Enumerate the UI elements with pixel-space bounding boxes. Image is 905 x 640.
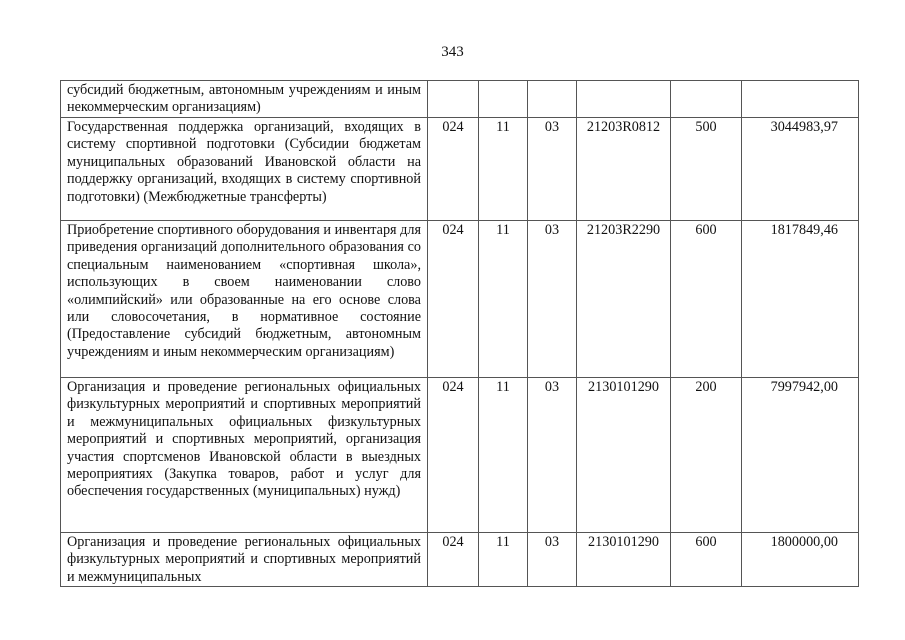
subsection-cell: 03 <box>528 118 577 221</box>
section-cell: 11 <box>479 221 528 378</box>
amount-cell: 1817849,46 <box>742 221 859 378</box>
expense-type-cell: 500 <box>671 118 742 221</box>
table-row: Государственная поддержка организаций, в… <box>61 118 859 221</box>
table-row: Организация и проведение региональных оф… <box>61 378 859 533</box>
table-row: Организация и проведение региональных оф… <box>61 533 859 587</box>
amount-cell <box>742 81 859 118</box>
section-cell: 11 <box>479 378 528 533</box>
table-row: субсидий бюджетным, автономным учреждени… <box>61 81 859 118</box>
amount-cell: 7997942,00 <box>742 378 859 533</box>
subsection-cell: 03 <box>528 533 577 587</box>
page-number: 343 <box>0 44 905 61</box>
section-cell <box>479 81 528 118</box>
target-article-cell: 21203R0812 <box>577 118 671 221</box>
amount-cell: 3044983,97 <box>742 118 859 221</box>
description-cell: Организация и проведение региональных оф… <box>61 378 428 533</box>
expense-type-cell: 600 <box>671 221 742 378</box>
description-cell: Приобретение спортивного оборудования и … <box>61 221 428 378</box>
ministry-cell: 024 <box>428 533 479 587</box>
section-cell: 11 <box>479 118 528 221</box>
ministry-cell: 024 <box>428 378 479 533</box>
ministry-cell: 024 <box>428 118 479 221</box>
ministry-cell: 024 <box>428 221 479 378</box>
expense-type-cell: 600 <box>671 533 742 587</box>
budget-table: субсидий бюджетным, автономным учреждени… <box>60 80 859 587</box>
subsection-cell: 03 <box>528 221 577 378</box>
subsection-cell: 03 <box>528 378 577 533</box>
table-row: Приобретение спортивного оборудования и … <box>61 221 859 378</box>
subsection-cell <box>528 81 577 118</box>
target-article-cell: 2130101290 <box>577 533 671 587</box>
target-article-cell: 21203R2290 <box>577 221 671 378</box>
expense-type-cell: 200 <box>671 378 742 533</box>
description-cell: Организация и проведение региональных оф… <box>61 533 428 587</box>
target-article-cell <box>577 81 671 118</box>
ministry-cell <box>428 81 479 118</box>
target-article-cell: 2130101290 <box>577 378 671 533</box>
amount-cell: 1800000,00 <box>742 533 859 587</box>
section-cell: 11 <box>479 533 528 587</box>
description-cell: субсидий бюджетным, автономным учреждени… <box>61 81 428 118</box>
description-cell: Государственная поддержка организаций, в… <box>61 118 428 221</box>
expense-type-cell <box>671 81 742 118</box>
